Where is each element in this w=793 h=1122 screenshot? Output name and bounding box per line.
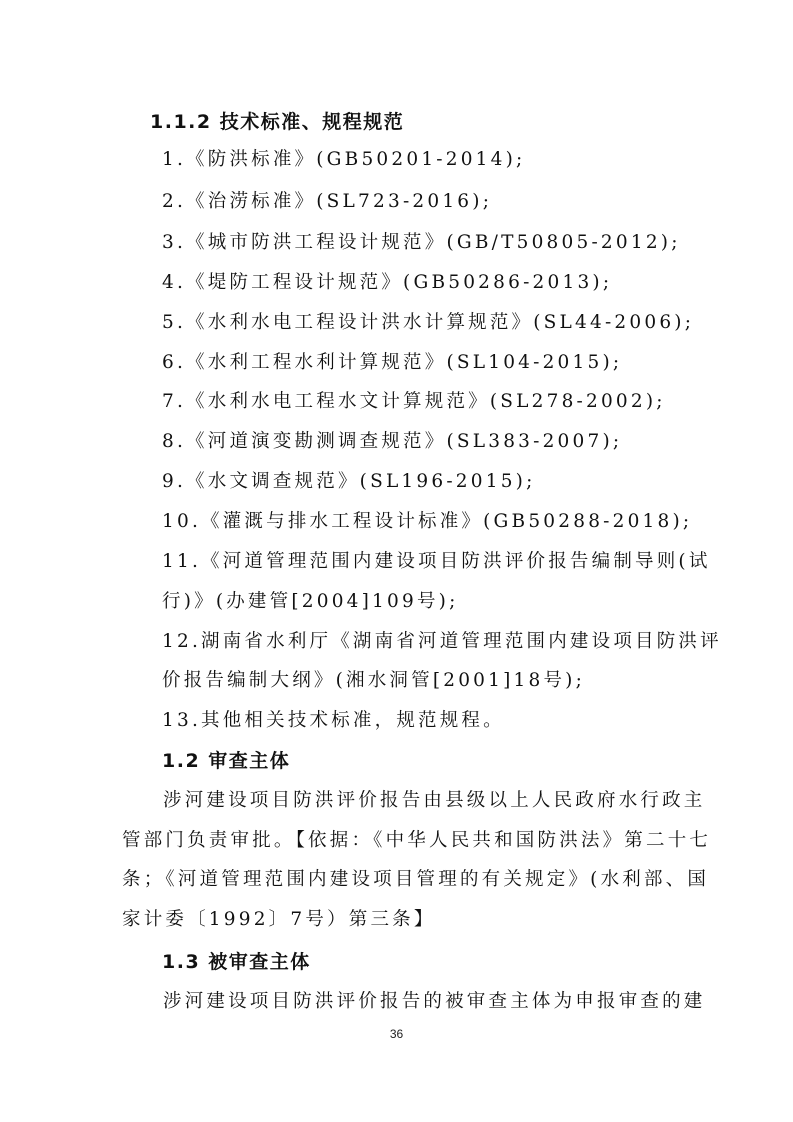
standard-item-12-line-2: 价报告编制大纲》(湘水洞管[2001]18号);: [162, 669, 585, 693]
standard-item-11-line-2: 行)》(办建管[2004]109号);: [162, 590, 459, 614]
paragraph-1-2-line-3: 条；《河道管理范围内建设项目管理的有关规定》(水利部、国: [122, 868, 709, 892]
standard-item-5: 5.《水利水电工程设计洪水计算规范》(SL44-2006);: [162, 311, 694, 335]
paragraph-1-2-line-1: 涉河建设项目防洪评价报告由县级以上人民政府水行政主: [163, 789, 706, 813]
page-number: 36: [0, 1027, 793, 1041]
section-heading-1-2: 1.2 审查主体: [162, 749, 290, 773]
paragraph-1-2-line-2: 管部门负责审批。【依据：《中华人民共和国防洪法》第二十七: [122, 829, 711, 853]
section-heading-1-1-2: 1.1.2 技术标准、规程规范: [150, 110, 404, 134]
paragraph-1-3-line-1: 涉河建设项目防洪评价报告的被审查主体为申报审查的建: [163, 990, 706, 1014]
standard-item-9: 9.《水文调查规范》(SL196-2015);: [162, 470, 536, 494]
section-heading-1-3: 1.3 被审查主体: [162, 950, 311, 974]
standard-item-10: 10.《灌溉与排水工程设计标准》(GB50288-2018);: [162, 510, 692, 534]
standard-item-12-line-1: 12.湖南省水利厅《湖南省河道管理范围内建设项目防洪评: [162, 630, 722, 654]
standard-item-7: 7.《水利水电工程水文计算规范》(SL278-2002);: [162, 390, 666, 414]
standard-item-3: 3.《城市防洪工程设计规范》(GB/T50805-2012);: [162, 231, 681, 255]
standard-item-13: 13.其他相关技术标准，规范规程。: [162, 709, 505, 733]
paragraph-1-2-line-4: 家计委〔1992〕7号）第三条】: [122, 908, 436, 932]
standard-item-4: 4.《堤防工程设计规范》(GB50286-2013);: [162, 271, 612, 295]
standard-item-2: 2.《治涝标准》(SL723-2016);: [162, 190, 492, 214]
standard-item-11-line-1: 11.《河道管理范围内建设项目防洪评价报告编制导则(试: [162, 550, 711, 574]
standard-item-1: 1.《防洪标准》(GB50201-2014);: [162, 148, 525, 172]
standard-item-8: 8.《河道演变勘测调查规范》(SL383-2007);: [162, 430, 622, 454]
document-page: 1.1.2 技术标准、规程规范 1.《防洪标准》(GB50201-2014); …: [0, 0, 793, 1122]
standard-item-6: 6.《水利工程水利计算规范》(SL104-2015);: [162, 351, 622, 375]
